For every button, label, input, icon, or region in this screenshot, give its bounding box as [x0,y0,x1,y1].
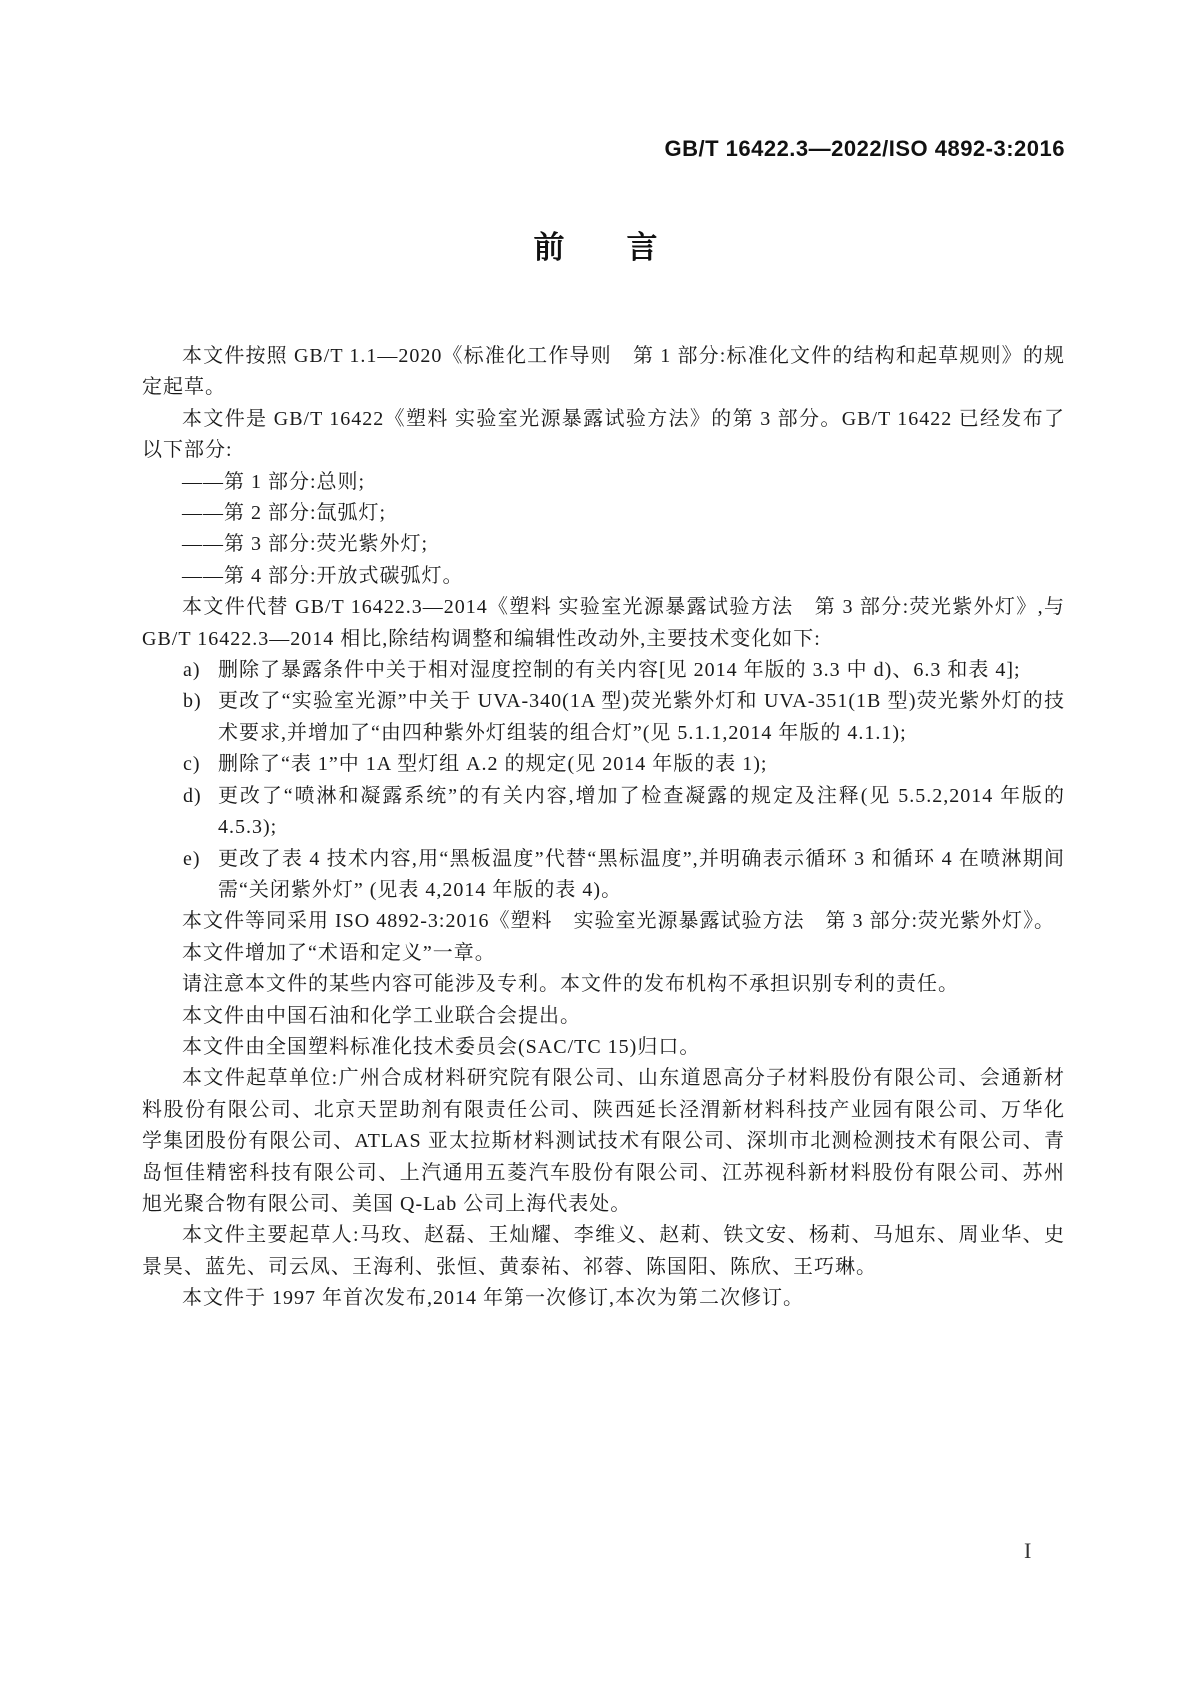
page-title: 前 言 [0,222,1191,267]
change-list-item: b) 更改了“实验室光源”中关于 UVA-340(1A 型)荧光紫外灯和 UVA… [142,686,1065,749]
revision-history-paragraph: 本文件于 1997 年首次发布,2014 年第一次修订,本次为第二次修订。 [142,1283,1065,1314]
foreword-paragraph: 本文件等同采用 ISO 4892-3:2016《塑料 实验室光源暴露试验方法 第… [142,906,1065,937]
change-list-item: c) 删除了“表 1”中 1A 型灯组 A.2 的规定(见 2014 年版的表 … [142,749,1065,780]
list-item-marker: d) [183,781,202,812]
part-list-item: ——第 3 部分:荧光紫外灯; [142,529,1065,560]
foreword-paragraph: 本文件按照 GB/T 1.1—2020《标准化工作导则 第 1 部分:标准化文件… [142,341,1065,404]
list-item-text: 更改了表 4 技术内容,用“黑板温度”代替“黑标温度”,并明确表示循环 3 和循… [218,848,1065,901]
list-item-text: 删除了暴露条件中关于相对湿度控制的有关内容[见 2014 年版的 3.3 中 d… [218,659,1021,681]
foreword-body: 本文件按照 GB/T 1.1—2020《标准化工作导则 第 1 部分:标准化文件… [142,341,1065,1315]
drafting-organizations-paragraph: 本文件起草单位:广州合成材料研究院有限公司、山东道恩高分子材料股份有限公司、会通… [142,1063,1065,1220]
list-item-marker: c) [183,749,201,780]
list-item-text: 更改了“实验室光源”中关于 UVA-340(1A 型)荧光紫外灯和 UVA-35… [218,690,1065,743]
part-list-item: ——第 2 部分:氙弧灯; [142,498,1065,529]
drafters-paragraph: 本文件主要起草人:马玫、赵磊、王灿耀、李维义、赵莉、铁文安、杨莉、马旭东、周业华… [142,1220,1065,1283]
change-list-item: e) 更改了表 4 技术内容,用“黑板温度”代替“黑标温度”,并明确表示循环 3… [142,844,1065,907]
foreword-paragraph: 本文件由中国石油和化学工业联合会提出。 [142,1001,1065,1032]
standard-code-header: GB/T 16422.3—2022/ISO 4892-3:2016 [664,136,1065,162]
list-item-text: 删除了“表 1”中 1A 型灯组 A.2 的规定(见 2014 年版的表 1); [218,753,767,775]
list-item-marker: a) [183,655,201,686]
document-page: GB/T 16422.3—2022/ISO 4892-3:2016 前 言 本文… [0,0,1191,1684]
foreword-paragraph: 本文件由全国塑料标准化技术委员会(SAC/TC 15)归口。 [142,1032,1065,1063]
page-number: I [1024,1538,1031,1564]
foreword-paragraph: 本文件代替 GB/T 16422.3—2014《塑料 实验室光源暴露试验方法 第… [142,592,1065,655]
part-list-item: ——第 4 部分:开放式碳弧灯。 [142,561,1065,592]
foreword-paragraph: 本文件增加了“术语和定义”一章。 [142,938,1065,969]
list-item-marker: e) [183,844,201,875]
foreword-paragraph: 本文件是 GB/T 16422《塑料 实验室光源暴露试验方法》的第 3 部分。G… [142,404,1065,467]
foreword-paragraph: 请注意本文件的某些内容可能涉及专利。本文件的发布机构不承担识别专利的责任。 [142,969,1065,1000]
list-item-marker: b) [183,686,202,717]
list-item-text: 更改了“喷淋和凝露系统”的有关内容,增加了检查凝露的规定及注释(见 5.5.2,… [218,785,1065,838]
change-list-item: a) 删除了暴露条件中关于相对湿度控制的有关内容[见 2014 年版的 3.3 … [142,655,1065,686]
change-list-item: d) 更改了“喷淋和凝露系统”的有关内容,增加了检查凝露的规定及注释(见 5.5… [142,781,1065,844]
part-list-item: ——第 1 部分:总则; [142,467,1065,498]
